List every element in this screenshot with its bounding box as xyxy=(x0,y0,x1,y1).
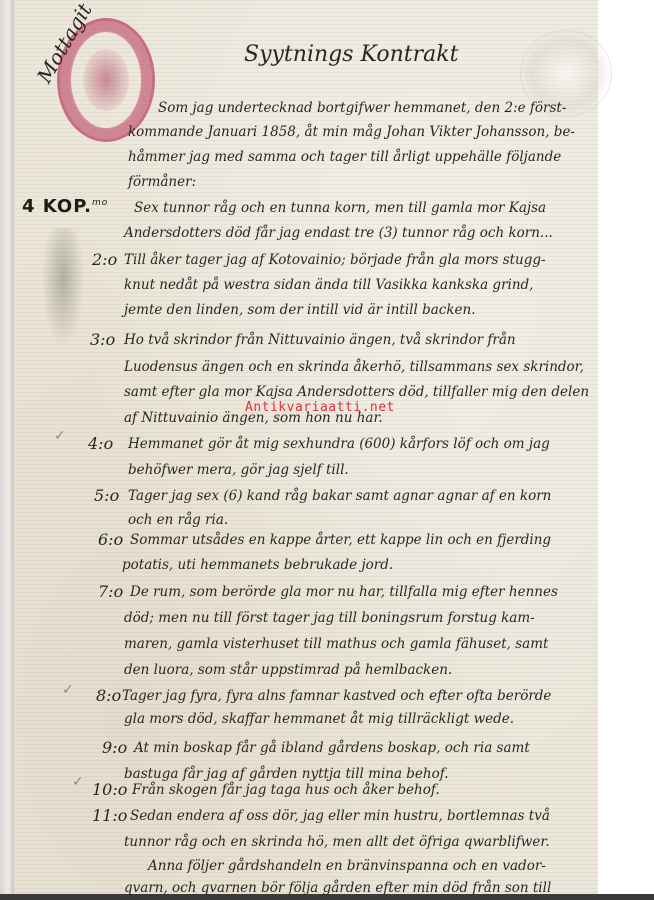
intro-line: Som jag undertecknad bortgifwer hemmanet… xyxy=(158,100,566,116)
check-mark-icon: ✓ xyxy=(62,682,74,698)
item-9-line: bastuga får jag af gården nyttja till mi… xyxy=(124,766,449,782)
item-1-suffix: mo xyxy=(92,198,108,208)
item-3-line: Luodensus ängen och en skrinda åkerhö, t… xyxy=(124,359,584,375)
item-6-line: Sommar utsådes en kappe årter, ett kappe… xyxy=(130,532,551,548)
item-2-line: Till åker tager jag af Kotovainio; börja… xyxy=(124,252,546,268)
item-11-line: tunnor råg och en skrinda hö, men allt d… xyxy=(124,834,550,850)
item-10-number: 10:o xyxy=(92,780,127,799)
item-9-number: 9:o xyxy=(102,738,127,757)
item-3-line: samt efter gla mor Kajsa Andersdotters d… xyxy=(124,384,589,400)
item-4-line: behöfwer mera, gör jag sjelf till. xyxy=(128,462,349,478)
item-7-line: den luora, som står uppstimrad på hemlba… xyxy=(124,662,452,678)
seal-emblem-icon xyxy=(83,49,129,111)
item-5-line: och en råg ria. xyxy=(128,512,228,528)
intro-line: kommande Januari 1858, åt min måg Johan … xyxy=(128,124,575,140)
item-8-line: gla mors död, skaffar hemmanet åt mig ti… xyxy=(124,711,514,727)
check-mark-icon: ✓ xyxy=(72,774,84,790)
intro-line: håmmer jag med samma och tager till årli… xyxy=(128,149,561,165)
item-8-line: Tager jag fyra, fyra alns famnar kastved… xyxy=(122,688,551,704)
scan-left-edge xyxy=(0,0,14,900)
item-8-number: 8:o xyxy=(96,686,121,705)
page-title: Syytnings Kontrakt xyxy=(244,42,458,67)
scan-right-margin xyxy=(598,0,654,900)
item-2-line: knut nedåt på westra sidan ända till Vas… xyxy=(124,277,533,293)
item-4-line: Hemmanet gör åt mig sexhundra (600) kårf… xyxy=(128,436,550,452)
item-7-line: död; men nu till först tager jag till bo… xyxy=(124,610,535,626)
item-10-line: Från skogen får jag taga hus och åker be… xyxy=(132,782,440,798)
kop-stamp-text: 4 KOP. xyxy=(22,196,92,217)
item-7-line: maren, gamla visterhuset till mathus och… xyxy=(124,636,548,652)
item-7-line: De rum, som berörde gla mor nu har, till… xyxy=(130,584,558,600)
item-5-line: Tager jag sex (6) kand råg bakar samt ag… xyxy=(128,488,551,504)
item-3-number: 3:o xyxy=(90,330,115,349)
item-11-line: Sedan endera af oss dör, jag eller min h… xyxy=(130,808,550,824)
item-6-number: 6:o xyxy=(98,530,123,549)
closing-line: qvarn, och qvarnen bör följa gården efte… xyxy=(124,880,551,896)
item-1-line: Sex tunnor råg och en tunna korn, men ti… xyxy=(134,200,546,216)
item-4-number: 4:o xyxy=(88,434,113,453)
item-2-line: jemte den linden, som der intill vid är … xyxy=(124,302,476,318)
item-11-number: 11:o xyxy=(92,806,127,825)
item-7-number: 7:o xyxy=(98,582,123,601)
item-9-line: At min boskap får gå ibland gårdens bosk… xyxy=(134,740,530,756)
kop-stamp: 4 KOP.mo xyxy=(22,196,108,217)
item-1-line: Andersdotters död får jag endast tre (3)… xyxy=(124,225,553,241)
closing-line: Anna följer gårdshandeln en bränvinspann… xyxy=(148,858,546,874)
check-mark-icon: ✓ xyxy=(54,428,66,444)
item-5-number: 5:o xyxy=(94,486,119,505)
watermark: Antikvariaatti.net xyxy=(245,400,395,415)
figure-stamp-icon xyxy=(40,228,86,353)
item-6-line: potatis, uti hemmanets bebrukade jord. xyxy=(122,557,393,573)
item-3-line: Ho två skrindor från Nittuvainio ängen, … xyxy=(124,332,516,348)
intro-line: förmåner: xyxy=(128,174,196,190)
item-2-number: 2:o xyxy=(92,250,117,269)
